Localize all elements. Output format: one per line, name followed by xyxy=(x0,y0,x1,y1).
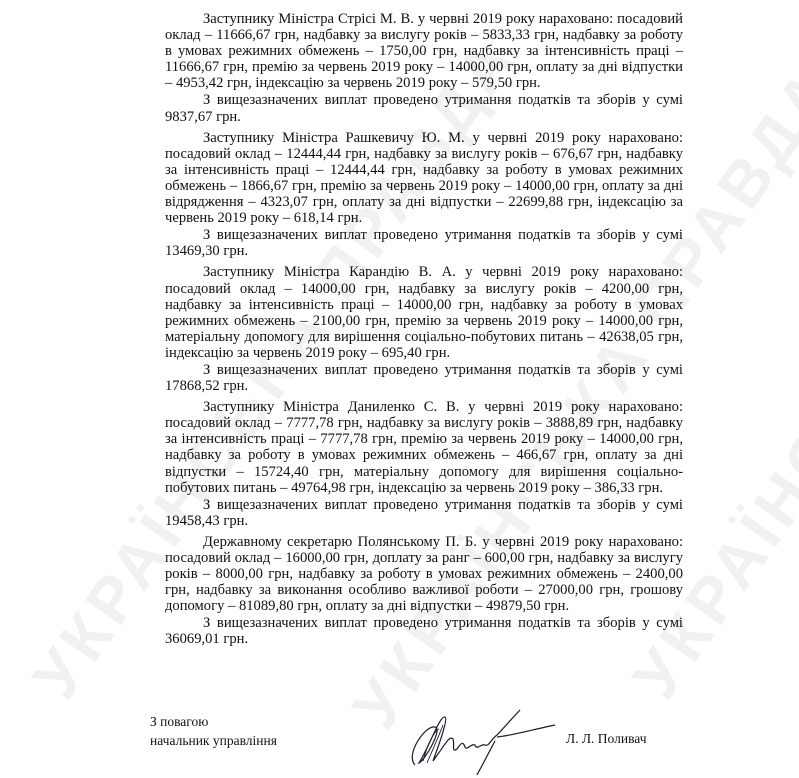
signer-name: Л. Л. Поливач xyxy=(566,731,647,747)
closing-salutation: З повагою xyxy=(150,712,277,731)
signature-icon xyxy=(405,705,575,775)
paragraph-tax-summary-karandii: З вищезазначених виплат проведено утрима… xyxy=(165,362,683,394)
closing-block: З повагою начальник управління xyxy=(150,712,277,750)
document-body: Заступнику Міністра Стрісі М. В. у червн… xyxy=(165,11,683,653)
paragraph-tax-summary-polianskyi: З вищезазначених виплат проведено утрима… xyxy=(165,615,683,647)
paragraph-accrual-polianskyi: Державному секретарю Полянському П. Б. у… xyxy=(165,534,683,614)
paragraph-tax-summary-rashkevych: З вищезазначених виплат проведено утрима… xyxy=(165,227,683,259)
paragraph-accrual-rashkevych: Заступнику Міністра Рашкевичу Ю. М. у че… xyxy=(165,130,683,227)
paragraph-accrual-karandii: Заступнику Міністра Карандію В. А. у чер… xyxy=(165,264,683,361)
closing-position: начальник управління xyxy=(150,731,277,750)
paragraph-accrual-strisa: Заступнику Міністра Стрісі М. В. у червн… xyxy=(165,11,683,91)
paragraph-tax-summary-strisa: З вищезазначених виплат проведено утрима… xyxy=(165,92,683,124)
paragraph-accrual-danylenko: Заступнику Міністра Даниленко С. В. у че… xyxy=(165,399,683,496)
paragraph-tax-summary-danylenko: З вищезазначених виплат проведено утрима… xyxy=(165,497,683,529)
